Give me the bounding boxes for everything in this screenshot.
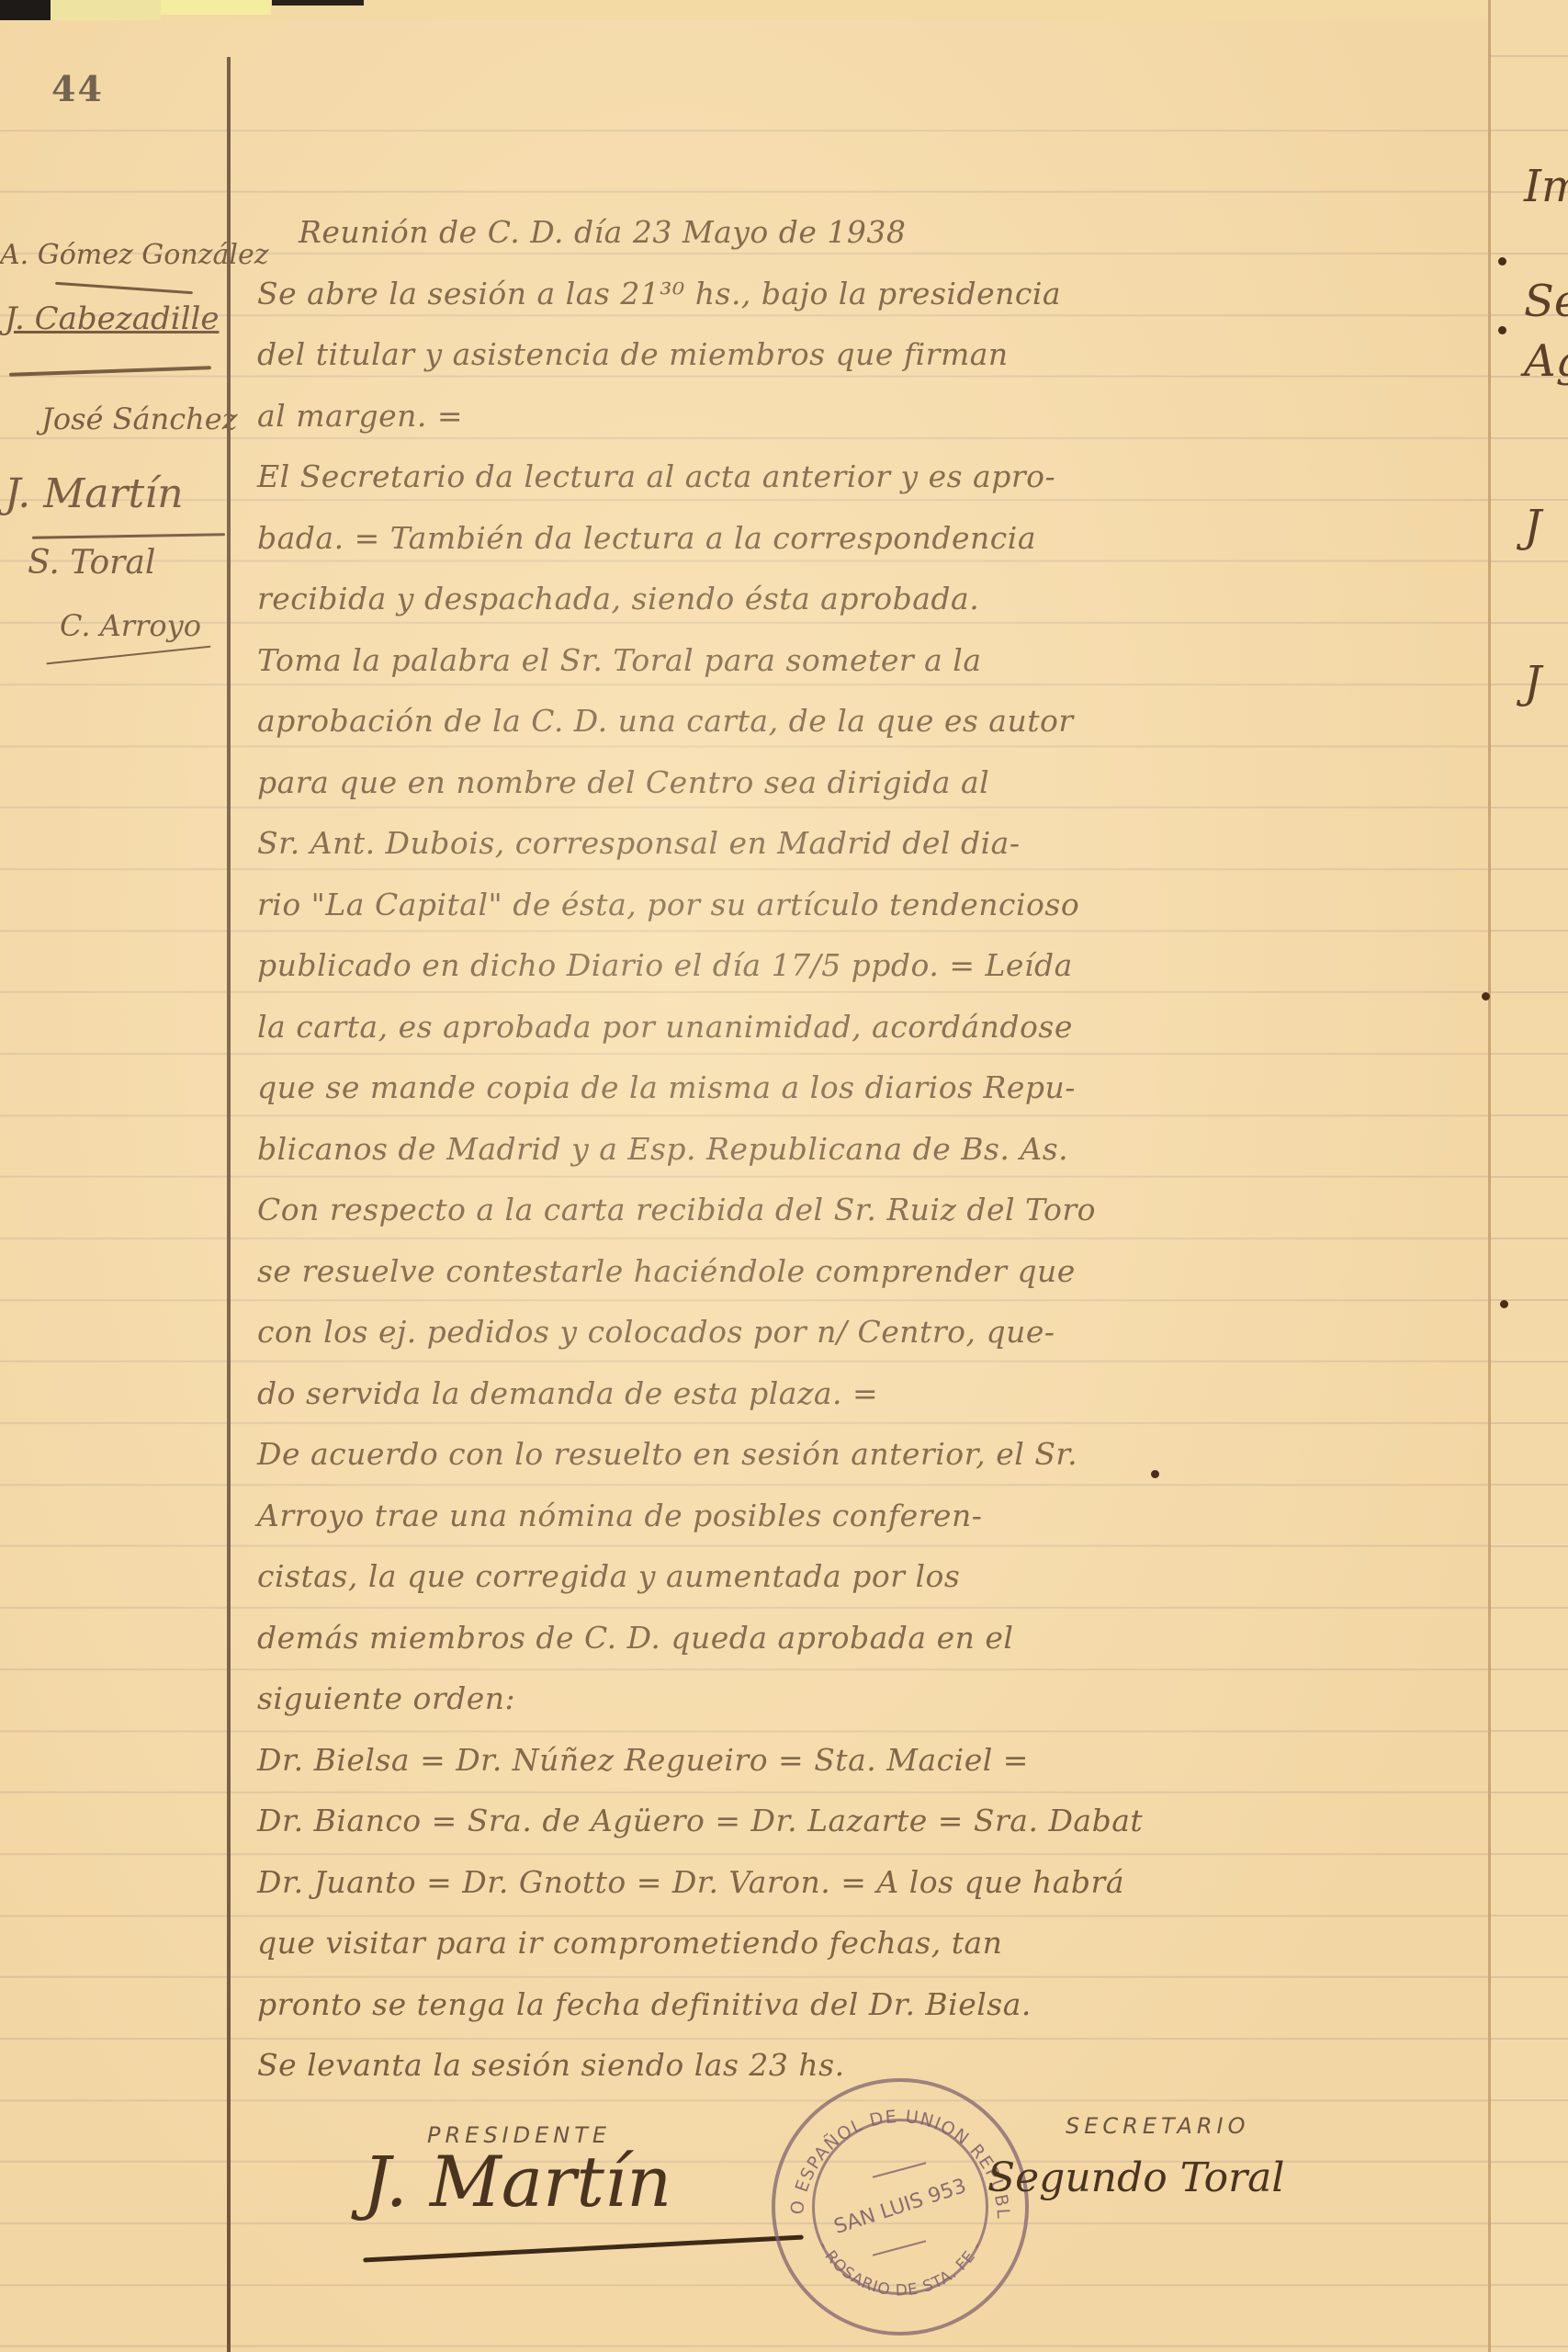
ink-blot xyxy=(1151,1470,1159,1478)
minutes-line: demás miembros de C. D. queda aprobada e… xyxy=(257,1608,1488,1669)
margin-signature: J. Martín xyxy=(5,470,184,517)
minutes-line: aprobación de la C. D. una carta, de la … xyxy=(257,691,1488,752)
minutes-line: rio "La Capital" de ésta, por su artícul… xyxy=(257,875,1488,936)
page-number: 44 xyxy=(51,68,104,109)
minutes-line: Se abre la sesión a las 21³⁰ hs., bajo l… xyxy=(257,264,1488,325)
minutes-line: do servida la demanda de esta plaza. = xyxy=(257,1363,1488,1425)
minutes-line: la carta, es aprobada por unanimidad, ac… xyxy=(257,997,1488,1058)
minutes-line: se resuelve contestarle haciéndole compr… xyxy=(257,1241,1488,1303)
binding-hole xyxy=(1498,257,1506,266)
minutes-line: siguiente orden: xyxy=(257,1668,1488,1730)
binding-hole xyxy=(1500,1300,1508,1308)
yellow-tab xyxy=(51,0,161,20)
signature-flourish xyxy=(55,282,193,294)
adjacent-page-fragment: Ima xyxy=(1524,161,1568,212)
yellow-tab xyxy=(161,0,271,15)
ledger-page: 44 A. Gómez González J. Cabezadille José… xyxy=(0,20,1488,2352)
minutes-line: del titular y asistencia de miembros que… xyxy=(257,324,1488,386)
binding-hole xyxy=(1498,326,1506,334)
minutes-line: para que en nombre del Centro sea dirigi… xyxy=(257,752,1488,814)
margin-signature: J. Cabezadille xyxy=(5,300,219,337)
adjacent-page-fragment: J xyxy=(1524,657,1541,708)
minutes-line: con los ej. pedidos y colocados por n/ C… xyxy=(257,1302,1488,1363)
minutes-line: pronto se tenga la fecha definitiva del … xyxy=(257,1974,1488,2036)
minutes-line: que visitar para ir comprometiendo fecha… xyxy=(257,1913,1488,1974)
minutes-line: Dr. Bianco = Sra. de Agüero = Dr. Lazart… xyxy=(257,1791,1488,1852)
minutes-line: Dr. Bielsa = Dr. Núñez Regueiro = Sta. M… xyxy=(257,1730,1488,1792)
minutes-line: bada. = También da lectura a la correspo… xyxy=(257,508,1488,570)
minutes-line: al margen. = xyxy=(257,386,1488,447)
margin-signature: José Sánchez xyxy=(41,401,238,436)
margin-signature: A. Gómez González xyxy=(0,239,269,271)
adjacent-page-fragment: J xyxy=(1524,501,1541,552)
minutes-line: blicanos de Madrid y a Esp. Republicana … xyxy=(257,1119,1488,1181)
minutes-line: recibida y despachada, siendo ésta aprob… xyxy=(257,569,1488,630)
minutes-line: Toma la palabra el Sr. Toral para somete… xyxy=(257,630,1488,692)
minutes-line: Se levanta la sesión siendo las 23 hs. xyxy=(257,2035,1488,2097)
binding-hole xyxy=(1482,992,1490,1001)
meeting-minutes: Reunión de C. D. día 23 Mayo de 1938 Se … xyxy=(257,202,1488,2097)
minutes-line: El Secretario da lectura al acta anterio… xyxy=(257,447,1488,508)
minutes-line: cistas, la que corregida y aumentada por… xyxy=(257,1546,1488,1608)
minutes-line: Con respecto a la carta recibida del Sr.… xyxy=(257,1180,1488,1241)
adjacent-page-edge: Ima Seg Ag J J xyxy=(1488,0,1568,2352)
margin-signature: S. Toral xyxy=(28,544,155,582)
minutes-line: publicado en dicho Diario el día 17/5 pp… xyxy=(257,935,1488,997)
adjacent-page-fragment: Ag xyxy=(1524,335,1568,387)
minutes-line: que se mande copia de la misma a los dia… xyxy=(257,1057,1488,1119)
minutes-line: Arroyo trae una nómina de posibles confe… xyxy=(257,1486,1488,1547)
adjacent-page-fragment: Seg xyxy=(1524,276,1568,327)
signature-flourish xyxy=(46,646,210,665)
minutes-line: De acuerdo con lo resuelto en sesión ant… xyxy=(257,1424,1488,1486)
dark-background xyxy=(272,0,364,6)
signature-flourish xyxy=(32,533,225,539)
margin-signature: C. Arroyo xyxy=(60,608,201,643)
minutes-line: Sr. Ant. Dubois, corresponsal en Madrid … xyxy=(257,813,1488,875)
minutes-heading: Reunión de C. D. día 23 Mayo de 1938 xyxy=(257,202,1488,264)
signature-flourish xyxy=(9,366,211,377)
minutes-line: Dr. Juanto = Dr. Gnotto = Dr. Varon. = A… xyxy=(257,1852,1488,1914)
